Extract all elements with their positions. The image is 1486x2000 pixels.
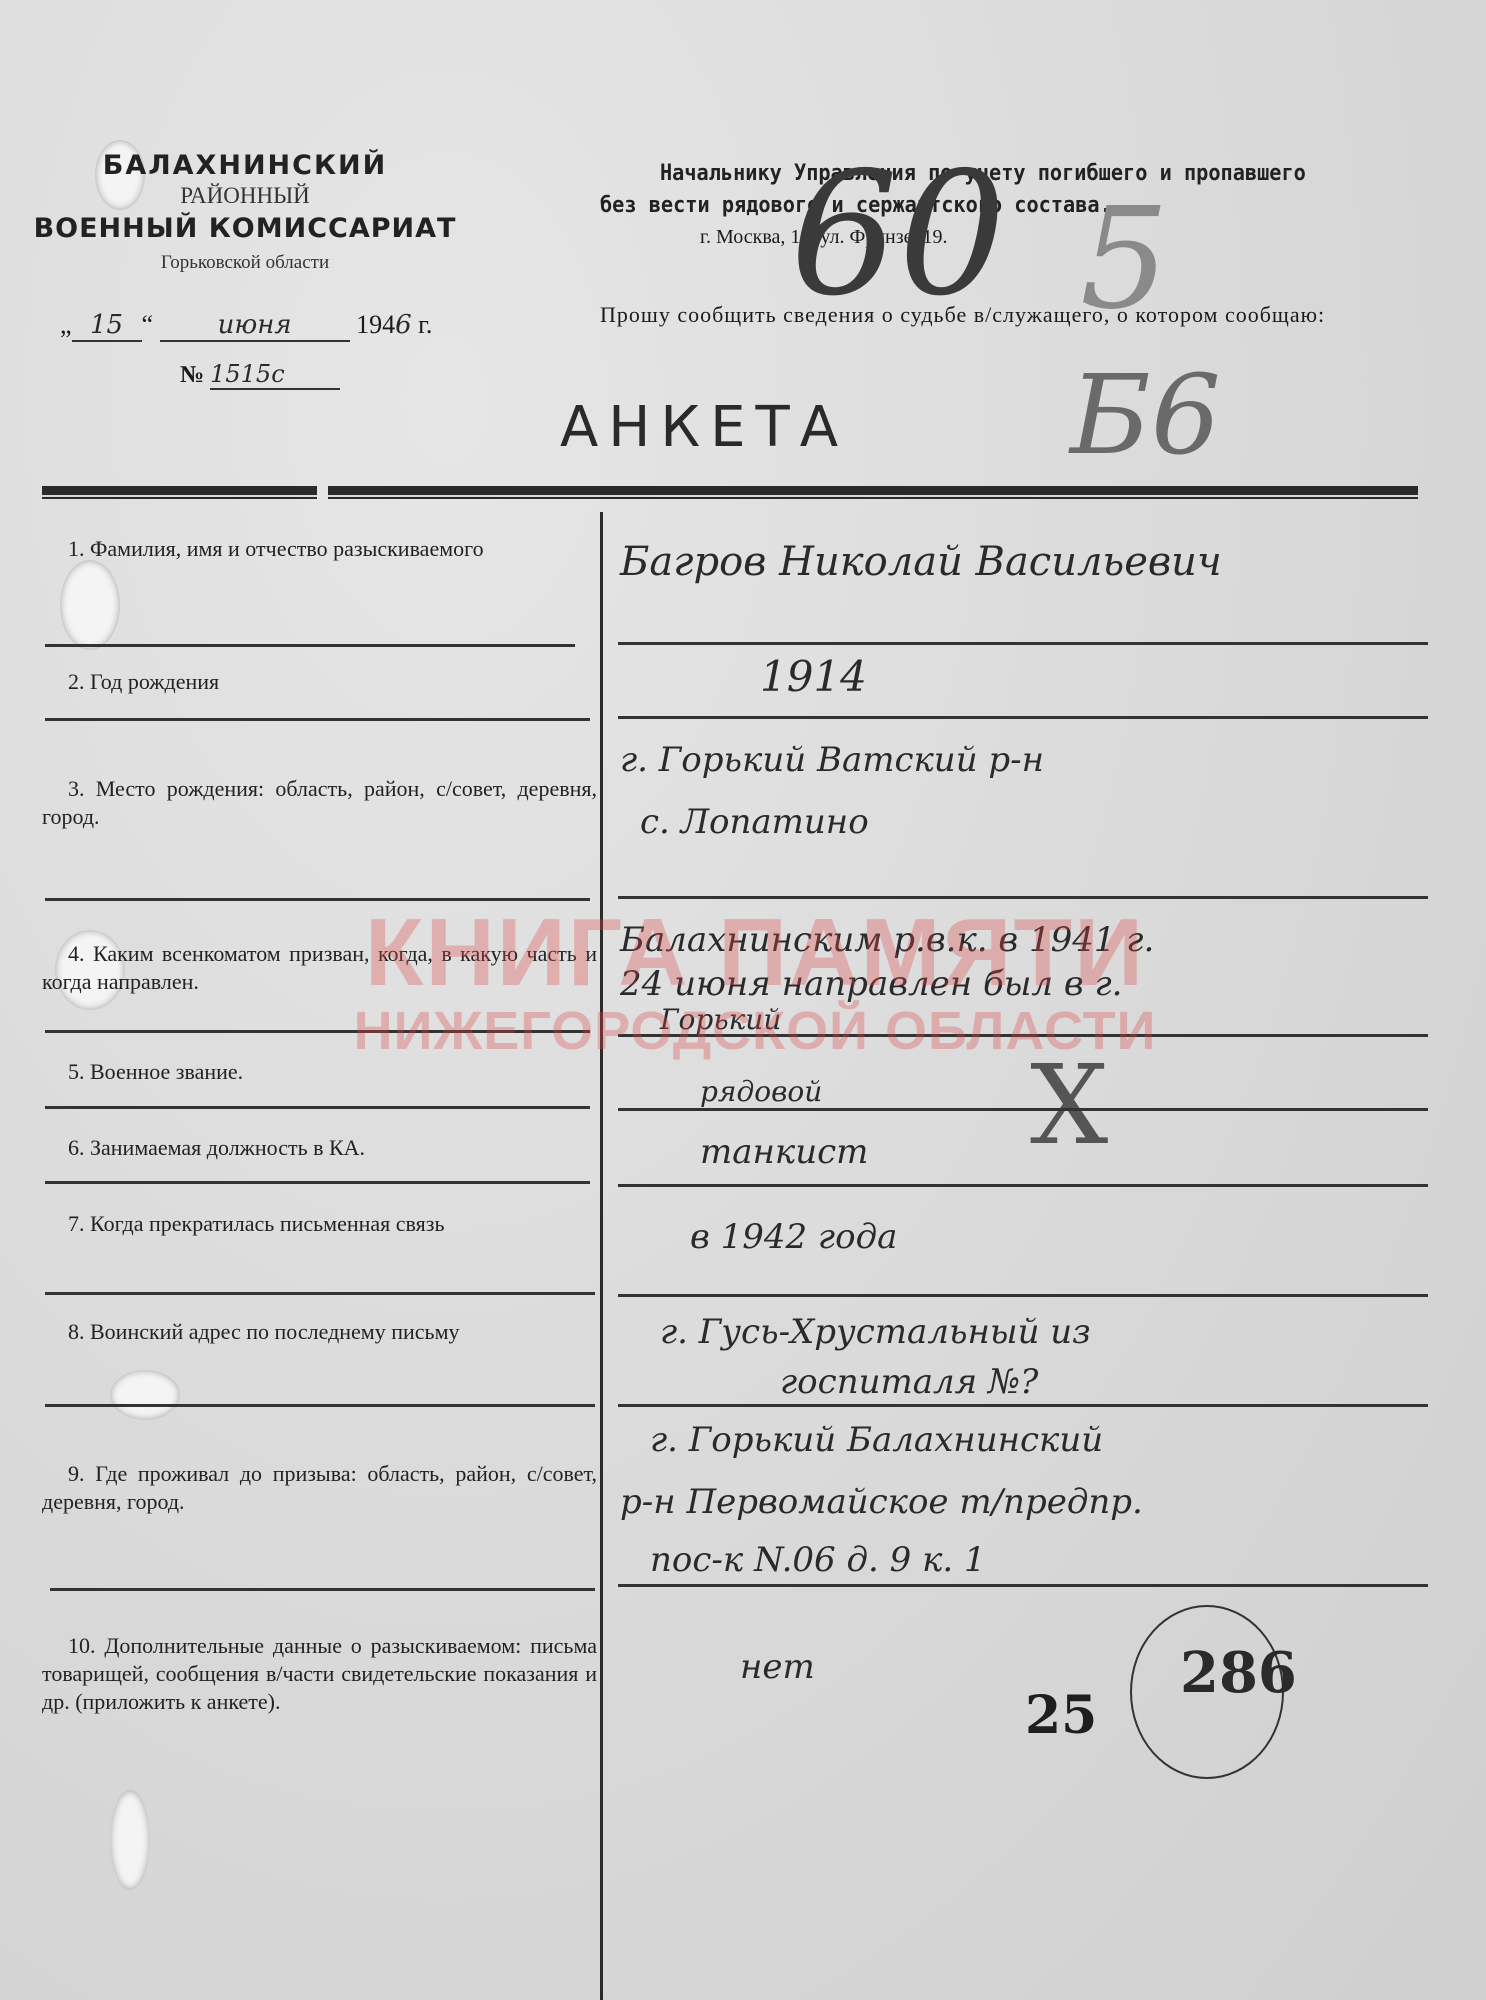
margin-mark-60: 60 bbox=[790, 150, 1006, 320]
answer-4-line-1: Балахнинским р.в.к. в 1941 г. bbox=[620, 918, 1440, 962]
answer-8-line-1: г. Гусь-Хрустальный из bbox=[660, 1310, 1480, 1354]
date-day: 15 bbox=[72, 310, 142, 342]
row-divider bbox=[45, 1404, 595, 1407]
answer-9-line-2: р-н Первомайское т/предпр. bbox=[620, 1480, 1440, 1524]
issuer-district-type: РАЙОННЫЙ bbox=[30, 183, 460, 209]
date-year-digit: 6 bbox=[395, 310, 412, 340]
answer-9-line-1: г. Горький Балахнинский bbox=[650, 1418, 1470, 1462]
answer-9-line-3: пос-к N.06 д. 9 к. 1 bbox=[650, 1538, 1470, 1582]
answer-3-line-1: г. Горький Ватский р-н bbox=[620, 738, 1440, 782]
number-label: № bbox=[180, 362, 204, 388]
question-4: 4. Каким всенкоматом призван, когда, в к… bbox=[42, 940, 597, 996]
column-divider bbox=[600, 512, 603, 2000]
issuer-name: ВОЕННЫЙ КОМИССАРИАТ bbox=[30, 213, 460, 244]
row-divider bbox=[618, 1184, 1428, 1187]
form-title: АНКЕТА bbox=[560, 395, 848, 460]
request-text: Прошу сообщить сведения о судьбе в/служа… bbox=[600, 300, 1430, 330]
archive-document-page: БАЛАХНИНСКИЙ РАЙОННЫЙ ВОЕННЫЙ КОМИССАРИА… bbox=[0, 0, 1486, 2000]
issuer-block: БАЛАХНИНСКИЙ РАЙОННЫЙ ВОЕННЫЙ КОМИССАРИА… bbox=[30, 150, 460, 274]
row-divider bbox=[618, 1294, 1428, 1297]
addressee-block: Начальнику Управления по учету погибшего… bbox=[600, 158, 1430, 249]
row-divider bbox=[45, 718, 590, 721]
row-divider bbox=[618, 1404, 1428, 1407]
addressee-line-1: Начальнику Управления по учету погибшего… bbox=[660, 158, 1368, 190]
date-year-prefix: 194 bbox=[356, 310, 395, 339]
row-divider bbox=[50, 1588, 595, 1591]
paper-tear bbox=[110, 1370, 180, 1420]
row-divider bbox=[618, 1584, 1428, 1587]
row-divider bbox=[45, 1181, 590, 1184]
question-7: 7. Когда прекратилась письменная связь bbox=[42, 1210, 597, 1238]
row-divider bbox=[45, 1292, 595, 1295]
row-divider bbox=[618, 716, 1428, 719]
question-10: 10. Дополнительные данные о разыскиваемо… bbox=[42, 1632, 597, 1716]
answer-7: в 1942 года bbox=[690, 1215, 1486, 1259]
header-rule-right bbox=[328, 486, 1418, 497]
row-divider bbox=[618, 642, 1428, 645]
answer-10: нет bbox=[740, 1645, 1486, 1689]
number-value: 1515с bbox=[210, 360, 340, 390]
answer-2: 1914 bbox=[760, 655, 1486, 699]
row-divider bbox=[618, 896, 1428, 899]
paper-tear bbox=[110, 1790, 150, 1890]
question-3: 3. Место рождения: область, район, с/сов… bbox=[42, 775, 597, 831]
row-divider bbox=[618, 1034, 1428, 1037]
date-month: июня bbox=[160, 310, 350, 342]
answer-6: танкист bbox=[700, 1130, 1486, 1174]
row-divider bbox=[45, 1030, 590, 1033]
question-6: 6. Занимаемая должность в КА. bbox=[42, 1134, 597, 1162]
question-8: 8. Воинский адрес по последнему письму bbox=[42, 1318, 597, 1346]
stamp-printed-number: 25 bbox=[1025, 1685, 1097, 1746]
stamp-handwritten-number: 286 bbox=[1180, 1640, 1297, 1706]
row-divider bbox=[618, 1108, 1428, 1111]
question-9: 9. Где проживал до призыва: область, рай… bbox=[42, 1460, 597, 1516]
row-divider bbox=[45, 1106, 590, 1109]
document-date: „15“ июня 1946 г. bbox=[60, 310, 460, 342]
answer-3-line-2: с. Лопатино bbox=[640, 800, 1460, 844]
paper-tear bbox=[60, 560, 120, 650]
row-divider bbox=[45, 898, 590, 901]
answer-1: Багров Николай Васильевич bbox=[620, 540, 1440, 584]
issuer-district: БАЛАХНИНСКИЙ bbox=[30, 150, 460, 181]
issuer-region: Горьковской области bbox=[30, 252, 460, 274]
question-5: 5. Военное звание. bbox=[42, 1058, 597, 1086]
document-number: № 1515с bbox=[180, 360, 340, 390]
row-divider bbox=[45, 644, 575, 647]
margin-mark-b6: Б6 bbox=[1070, 360, 1221, 470]
question-2: 2. Год рождения bbox=[42, 668, 597, 696]
margin-mark-top: 5 bbox=[1080, 190, 1169, 330]
date-suffix: г. bbox=[418, 310, 432, 339]
answer-8-line-2: госпиталя №? bbox=[780, 1360, 1486, 1404]
header-rule-left bbox=[42, 486, 317, 497]
question-1: 1. Фамилия, имя и отчество разыскиваемог… bbox=[42, 535, 597, 563]
